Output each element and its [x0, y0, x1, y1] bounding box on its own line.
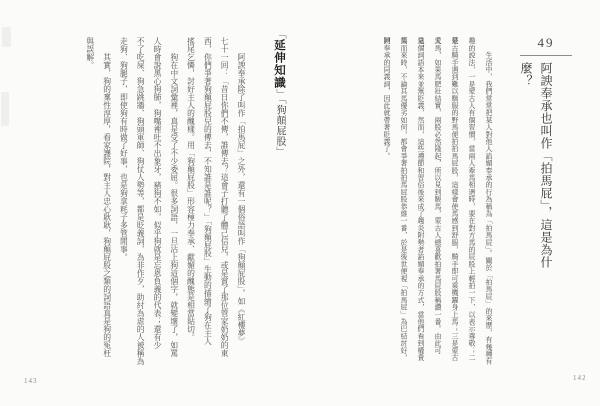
- page-number-right: 142: [573, 374, 587, 382]
- right-page-body: 生活中，我們常常把某人對他人諂媚奉承的行為稱為「拍馬屁」。關於「拍馬屁」的來歷，…: [378, 37, 497, 365]
- text-column: 其實，狗的稟性淳厚，看家護院，對主人忠心耿耿，狗顛屁股之類的詞語真是狗的冤枉: [98, 37, 115, 367]
- text-column: 人時會說黑心狗肺，狗嘴裡吐不出象牙，豬狗不如，似乎狗就是忘恩負義的代表；還有少: [148, 37, 165, 367]
- book-spread-scan: 49 阿諛奉承也叫作「拍馬屁」，這是為什麼？ 生活中，我們常常把某人對他人諂媚奉…: [0, 0, 600, 406]
- text-column: 阿諛奉承除了叫作「拍馬屁」之外，還有一個俗語叫作「狗顛屁股」，如《紅樓夢》: [232, 37, 249, 367]
- left-page-body: 阿諛奉承除了叫作「拍馬屁」之外，還有一個俗語叫作「狗顛屁股」，如《紅樓夢》七十一…: [81, 37, 249, 367]
- text-column: 與誤解。: [81, 37, 98, 367]
- text-column: 趣的說法，一是蒙古人有個習慣，當兩人牽馬相遇時，要在對方馬的屁股上輕拍一下，以表…: [463, 37, 480, 365]
- header-bracket-close: 」: [274, 89, 285, 99]
- scan-artifact: [2, 27, 11, 47]
- text-column: 這個詞語本來並無貶義，然而，這些禮節和習俗後來成了趨炎附勢者諂媚奉承的方式，當他…: [412, 37, 429, 365]
- text-column: 西，你們爭著狗顛屁股兒的傳去，不知誰是誰呢？」「狗顛屁股」生動的描繪了狗在主人: [199, 37, 216, 367]
- extended-knowledge-topic: 「狗顛屁股」: [274, 99, 285, 157]
- chapter-number-rule: [520, 55, 572, 56]
- scan-artifact: [1, 92, 9, 126]
- chapter-title: 阿諛奉承也叫作「拍馬屁」，這是為什麼？: [536, 62, 556, 287]
- text-column: 蒙古騎手遇到難以馴服的野馬便拍拍馬屁股，這樣會使馬感到舒服，騎手即可乘機躍身上馬…: [446, 37, 463, 365]
- text-column: 諛奉承的同義詞，因此就帶著貶義了。: [378, 37, 395, 365]
- text-column: 生活中，我們常常把某人對他人諂媚奉承的行為稱為「拍馬屁」。關於「拍馬屁」的來歷，…: [480, 37, 497, 365]
- text-column: 馬而來時，不論其馬優劣如何，都會爭著拍拍馬屁股恭維一番，於是後世便視「拍馬屁」為…: [395, 37, 412, 365]
- header-bracket-open: 「: [274, 29, 285, 39]
- extended-knowledge-label: 延伸知識: [273, 39, 285, 89]
- chapter-number: 49: [526, 35, 566, 51]
- text-column: 愛馬，如果馬肥壯結實，兩股必然隆起，所以見到駿馬，蒙古人總喜歡拍著馬屁股稱讚一番…: [429, 37, 446, 365]
- text-column: 狗在中文詞彙裡，真是受了不少委屈。很多詞語，一旦沾上狗這個字，就變壞了，如罵: [165, 37, 182, 367]
- extended-knowledge-header: 「延伸知識」「狗顛屁股」: [266, 29, 288, 179]
- text-column: 搖尾乞憐，討好主人的醜樣。用「狗顛屁股」形容極力奉承、獻媚的醜態是相當貼切。: [182, 37, 199, 367]
- text-column: 走狗、狗腿子，即使狗有時做了好事，也是狗拿耗子多管閒事。: [115, 37, 132, 367]
- text-column: 不了吃屎、狗急跳牆、狗頭軍師、狗仗人勢等，都是貶義詞，為非作歹，助紂為虐的人被稱…: [131, 37, 148, 367]
- text-column: 七十一回：「昔日你們不傳，誰傳去？這會子打聽了體己信兒，或是賞了那位管家奶奶的東: [215, 37, 232, 367]
- page-number-left: 143: [24, 377, 38, 385]
